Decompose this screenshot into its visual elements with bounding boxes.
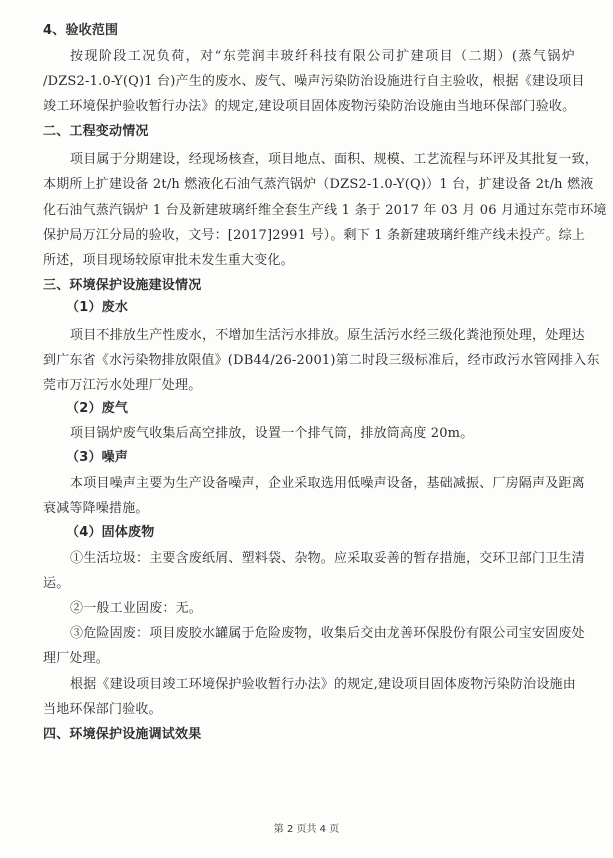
document-page: 4、验收范围 按现阶段工况负荷，对“东莞润丰玻纤科技有限公司扩建项目（二期）(蒸… bbox=[0, 0, 613, 858]
subsection-heading-wastewater: （1）废水 bbox=[66, 299, 598, 317]
paragraph-line: 按现阶段工况负荷，对“东莞润丰玻纤科技有限公司扩建项目（二期）(蒸气锅炉 bbox=[70, 48, 575, 66]
section-heading-acceptance-scope: 4、验收范围 bbox=[43, 22, 575, 40]
paragraph-line: 保护局万江分局的验收，文号：[2017]2991 号）。剩下 1 条新建玻璃纤维… bbox=[43, 227, 575, 245]
page-footer: 第 2 页共 4 页 bbox=[0, 820, 613, 835]
paragraph-line: 本项目噪声主要为生产设备噪声，企业采取选用低噪声设备，基础减振、厂房隔声及距离 bbox=[70, 475, 575, 493]
paragraph-line: 所述，项目现场较原审批未发生重大变化。 bbox=[43, 252, 575, 270]
paragraph-line: 根据《建设项目竣工环境保护验收暂行办法》的规定,建设项目固体废物污染防治设施由 bbox=[70, 676, 575, 694]
paragraph-line: /DZS2-1.0-Y(Q)1 台)产生的废水、废气、噪声污染防治设施进行自主验… bbox=[43, 73, 575, 91]
subsection-heading-solid-waste: （4）固体废物 bbox=[66, 524, 598, 542]
paragraph-line: 到广东省《水污染物排放限值》(DB44/26-2001)第二时段三级标准后，经市… bbox=[43, 352, 575, 370]
list-item-line: ①生活垃圾：主要含废纸屑、塑料袋、杂物。应采取妥善的暂存措施，交环卫部门卫生清 bbox=[70, 550, 575, 568]
paragraph-line: 竣工环境保护验收暂行办法》的规定,建设项目固体废物污染防治设施由当地环保部门验收… bbox=[43, 98, 575, 116]
paragraph-line: 当地环保部门验收。 bbox=[43, 701, 575, 719]
list-item-line: ③危险固废：项目废胶水罐属于危险废物，收集后交由龙善环保股份有限公司宝安固废处 bbox=[70, 625, 575, 643]
section-heading-env-facilities: 三、环境保护设施建设情况 bbox=[43, 277, 575, 295]
section-heading-commissioning-results: 四、环境保护设施调试效果 bbox=[43, 726, 575, 744]
paragraph-line: 衰减等降噪措施。 bbox=[43, 500, 575, 518]
paragraph-line: 项目不排放生产性废水，不增加生活污水排放。原生活污水经三级化粪池预处理，处理达 bbox=[70, 327, 575, 345]
list-item-line: ②一般工业固废：无。 bbox=[70, 600, 575, 618]
paragraph-line: 项目锅炉废气收集后高空排放，设置一个排气筒，排放筒高度 20m。 bbox=[70, 425, 575, 443]
paragraph-line: 本期所上扩建设备 2t/h 燃液化石油气蒸汽锅炉（DZS2-1.0-Y(Q)）1… bbox=[43, 176, 575, 194]
section-heading-project-changes: 二、工程变动情况 bbox=[43, 123, 575, 141]
subsection-heading-noise: （3）噪声 bbox=[66, 449, 598, 467]
paragraph-line: 项目属于分期建设，经现场核查，项目地点、面积、规模、工艺流程与环评及其批复一致， bbox=[70, 151, 575, 169]
paragraph-line: 化石油气蒸汽锅炉 1 台及新建玻璃纤维全套生产线 1 条于 2017 年 03 … bbox=[43, 202, 575, 220]
subsection-heading-exhaust-gas: （2）废气 bbox=[66, 400, 598, 418]
paragraph-line: 莞市万江污水处理厂处理。 bbox=[43, 377, 575, 395]
list-item-line: 运。 bbox=[43, 575, 575, 593]
list-item-line: 理厂处理。 bbox=[43, 650, 575, 668]
